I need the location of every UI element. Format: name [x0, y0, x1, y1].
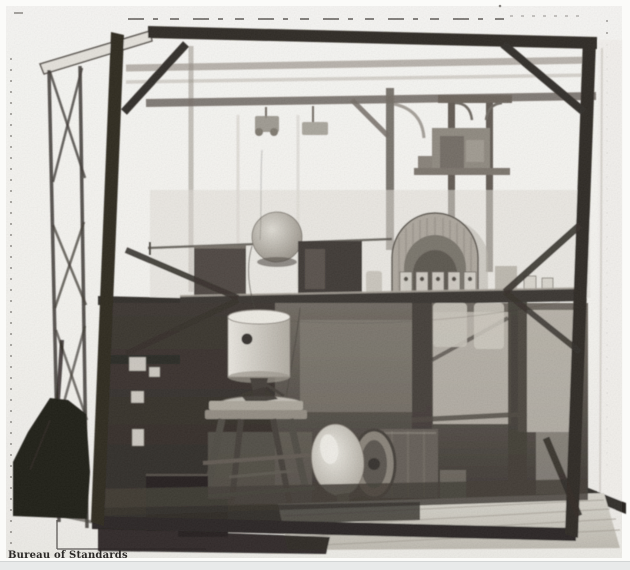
halftone-photo-figure: Bureau of Standards	[0, 0, 630, 570]
photo-credit: Bureau of Standards	[8, 550, 128, 561]
page-edge-strip	[0, 561, 630, 570]
photo-scene	[0, 0, 630, 570]
photo-canvas	[0, 0, 630, 570]
film-grain-overlay	[6, 6, 622, 558]
